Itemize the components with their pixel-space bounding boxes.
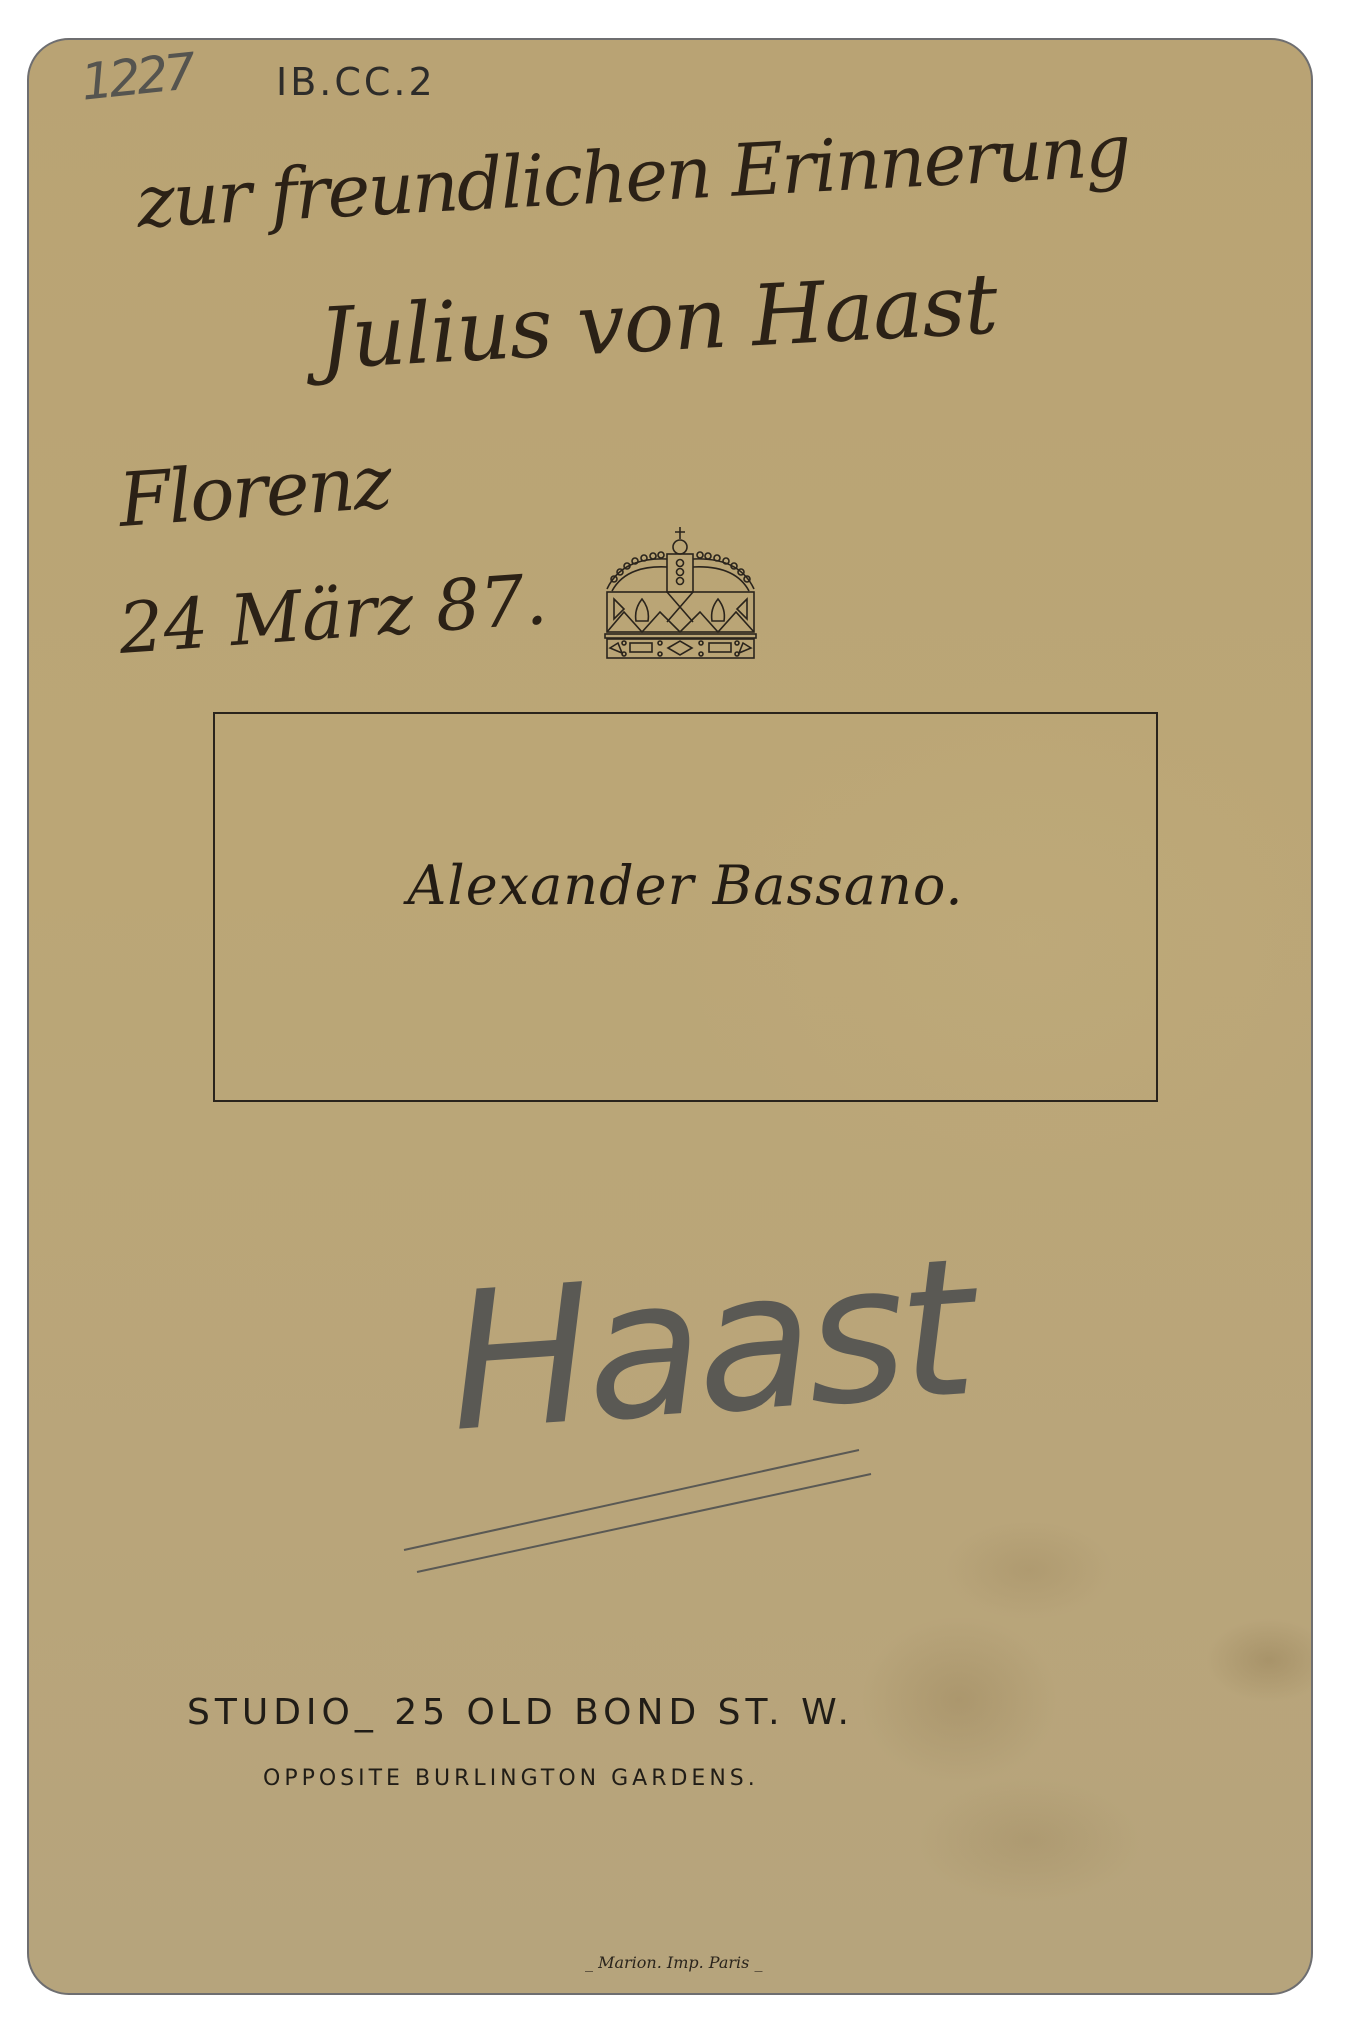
photographer-name: Alexander Bassano. [215, 854, 1156, 917]
pencil-double-underline [389, 1430, 889, 1580]
shelfmark: IB.CC.2 [276, 60, 436, 104]
photographer-name-box: Alexander Bassano. [213, 712, 1158, 1102]
inscription-place: Florenz [116, 439, 393, 544]
catalog-number: 1227 [78, 42, 195, 111]
inscription-dedication: zur freundlichen Erinnerung [135, 108, 1131, 244]
inscription-date: 24 März 87. [116, 558, 549, 670]
studio-location-note: OPPOSITE BURLINGTON GARDENS. [263, 1766, 759, 1791]
studio-address: STUDIO_ 25 OLD BOND ST. W. [187, 1692, 854, 1733]
crown-icon [602, 527, 759, 659]
printer-credit: _ Marion. Imp. Paris _ [585, 1953, 762, 1972]
cabinet-card-back: 1227 IB.CC.2 zur freundlichen Erinnerung… [27, 38, 1313, 1995]
inscription-signature: Julius von Haast [316, 255, 999, 388]
